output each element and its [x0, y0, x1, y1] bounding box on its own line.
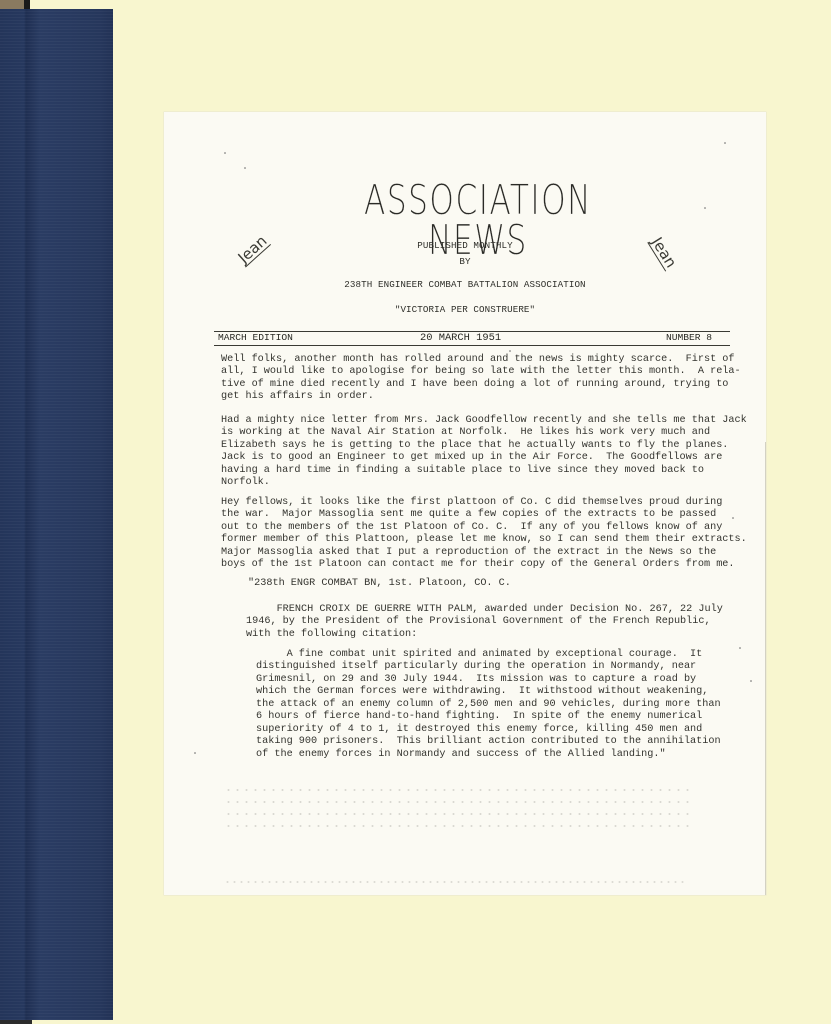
faded-text-block — [224, 784, 689, 834]
faded-bottom-line — [224, 878, 684, 886]
edition-label: MARCH EDITION — [218, 332, 293, 344]
binding-corner-bottom — [0, 1020, 32, 1024]
ink-speck — [724, 142, 726, 144]
binding-corner-top — [0, 0, 30, 9]
organization-name: 238TH ENGINEER COMBAT BATTALION ASSOCIAT… — [164, 279, 766, 290]
edition-number: NUMBER 8 — [666, 332, 712, 344]
published-monthly: PUBLISHED MONTHLY — [164, 240, 766, 251]
paragraph-first-platoon: Hey fellows, it looks like the first pla… — [221, 497, 747, 572]
paragraph-intro: Well folks, another month has rolled aro… — [221, 354, 741, 404]
ink-speck — [704, 207, 706, 209]
newsletter-page: ASSOCIATION NEWS Jean Jean PUBLISHED MON… — [164, 112, 766, 895]
ink-speck — [194, 752, 196, 754]
citation-text: A fine combat unit spirited and animated… — [256, 649, 721, 761]
paragraph-goodfellow: Had a mighty nice letter from Mrs. Jack … — [221, 415, 747, 490]
ink-speck — [732, 517, 734, 519]
ink-speck — [739, 647, 741, 649]
published-by: BY — [164, 256, 766, 267]
motto: "VICTORIA PER CONSTRUERE" — [164, 304, 766, 315]
ink-speck — [224, 152, 226, 154]
ink-speck — [509, 350, 511, 352]
citation-award: FRENCH CROIX DE GUERRE WITH PALM, awarde… — [246, 604, 723, 641]
edition-header-bar: MARCH EDITION 20 MARCH 1951 NUMBER 8 — [214, 331, 730, 346]
blue-cloth-binding — [0, 9, 113, 1020]
ink-speck — [244, 167, 246, 169]
citation-unit-heading: "238th ENGR COMBAT BN, 1st. Platoon, CO.… — [248, 578, 511, 590]
edition-date: 20 MARCH 1951 — [420, 332, 501, 344]
ink-speck — [750, 680, 752, 682]
